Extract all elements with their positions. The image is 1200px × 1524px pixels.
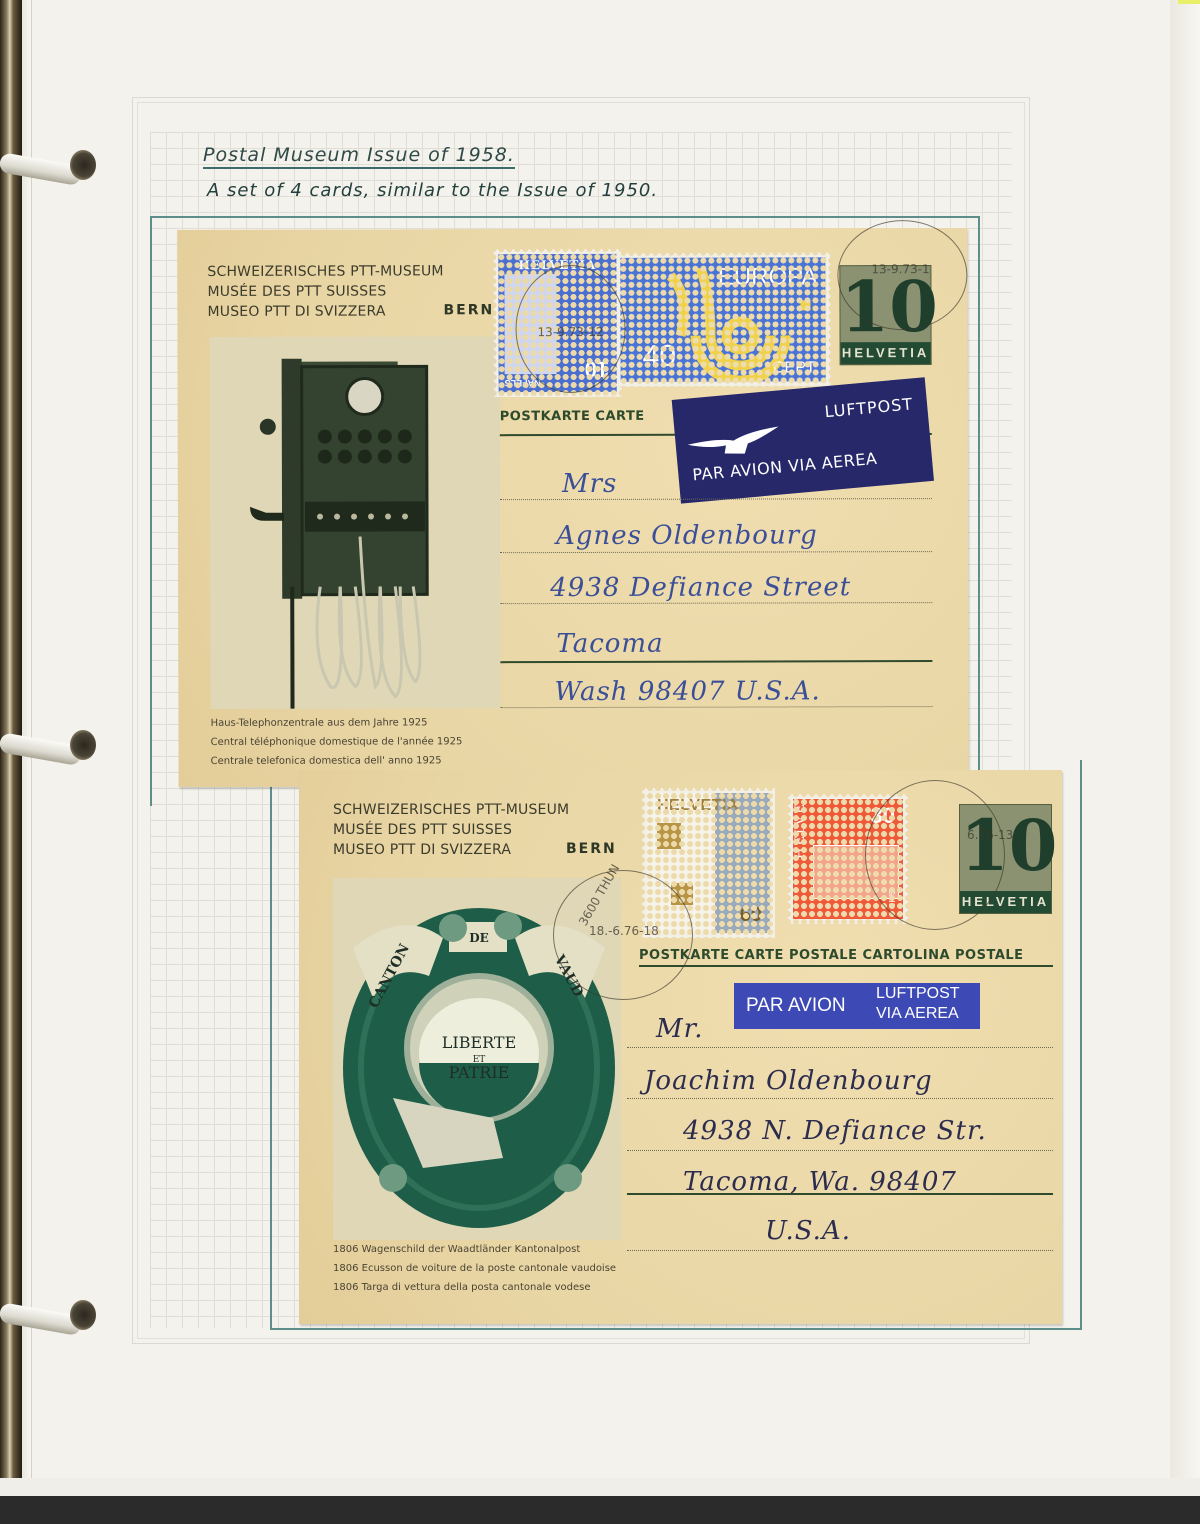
museum-header: SCHWEIZERISCHES PTT-MUSEUM MUSÉE DES PTT… bbox=[333, 800, 569, 860]
stamp-europa: EUROPA HELVETIA 40 CEPT bbox=[615, 252, 830, 387]
postkarte-label: POSTKARTE CARTE POSTALE CARTOLINA POSTAL… bbox=[639, 948, 1024, 963]
airmail-label: PAR AVION LUFTPOST VIA AEREA bbox=[734, 983, 980, 1029]
table-surface bbox=[0, 1478, 1200, 1496]
illustration-caption: 1806 Wagenschild der Waadtländer Kantona… bbox=[333, 1240, 616, 1297]
binder-ring bbox=[0, 150, 95, 176]
binder-spine bbox=[0, 0, 22, 1524]
binder-ring bbox=[0, 1300, 95, 1326]
page-title: Postal Museum Issue of 1958. bbox=[203, 144, 515, 169]
postkarte-label: POSTKARTE CARTE bbox=[500, 409, 645, 424]
address-line: 4938 N. Defiance Str. bbox=[683, 1116, 987, 1146]
address-line: 4938 Defiance Street bbox=[550, 572, 851, 603]
address-line: Tacoma, Wa. 98407 bbox=[683, 1167, 957, 1197]
binder-edge bbox=[22, 0, 32, 1524]
svg-text:LIBERTE: LIBERTE bbox=[442, 1033, 517, 1052]
address-line: Tacoma bbox=[556, 629, 663, 659]
postcard-1: SCHWEIZERISCHES PTT-MUSEUM MUSÉE DES PTT… bbox=[177, 228, 968, 787]
city-label: BERN bbox=[443, 302, 494, 318]
address-line: Agnes Oldenbourg bbox=[556, 520, 818, 551]
museum-header: SCHWEIZERISCHES PTT-MUSEUM MUSÉE DES PTT… bbox=[207, 261, 443, 322]
page-edge bbox=[1170, 0, 1200, 1524]
background-edge bbox=[0, 1496, 1200, 1524]
binder-ring bbox=[0, 730, 95, 756]
switchboard-illustration bbox=[210, 336, 501, 709]
illustration-caption: Haus-Telephonzentrale aus dem Jahre 1925… bbox=[211, 713, 463, 771]
index-tab bbox=[1178, 0, 1200, 4]
address-line: Wash 98407 U.S.A. bbox=[554, 676, 820, 707]
address-line: Joachim Oldenbourg bbox=[644, 1066, 933, 1096]
postmark bbox=[865, 780, 1005, 930]
svg-text:PATRIE: PATRIE bbox=[449, 1063, 510, 1082]
address-line: Mr. bbox=[656, 1014, 703, 1044]
city-label: BERN bbox=[566, 841, 617, 857]
address-line: Mrs bbox=[562, 469, 617, 499]
page-subtitle: A set of 4 cards, similar to the Issue o… bbox=[207, 180, 658, 201]
airmail-label: LUFTPOST PAR AVION VIA AEREA bbox=[672, 377, 934, 503]
svg-text:DE: DE bbox=[469, 931, 489, 945]
address-line: U.S.A. bbox=[765, 1216, 851, 1246]
postcard-2: SCHWEIZERISCHES PTT-MUSEUM MUSÉE DES PTT… bbox=[299, 770, 1062, 1324]
